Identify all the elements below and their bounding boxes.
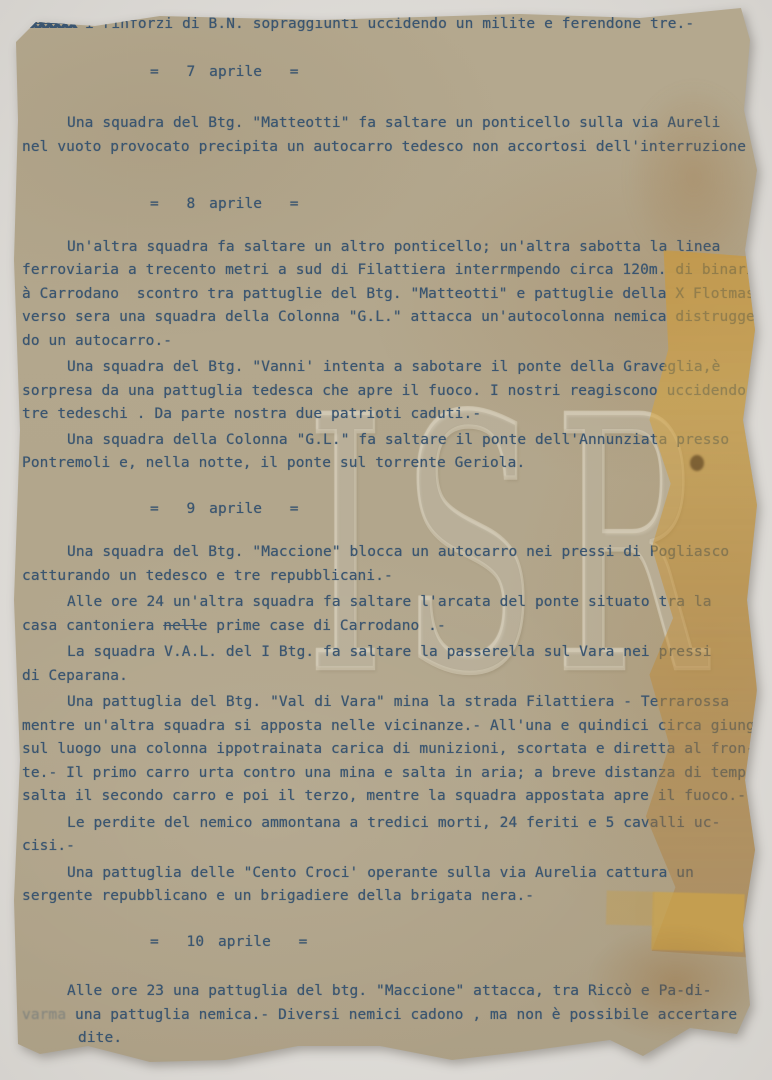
diary-line: Una pattuglia del Btg. "Val di Vara" min…: [22, 691, 768, 715]
diary-line: nel vuoto provocato precipita un autocar…: [22, 136, 768, 160]
faded-word: varma: [22, 1007, 75, 1023]
paragraph: Le perdite del nemico ammontana a tredic…: [22, 812, 768, 859]
diary-line: tre tedeschi . Da parte nostra due patri…: [22, 403, 768, 427]
diary-line: Alle ore 23 una pattuglia del btg. "Macc…: [22, 980, 768, 1004]
date-heading-7-aprile: = 7 aprile =: [150, 61, 768, 85]
date-heading-8-aprile: = 8 aprile =: [150, 193, 768, 217]
diary-line: Le perdite del nemico ammontana a tredic…: [22, 812, 768, 836]
diary-line: do un autocarro.-: [22, 330, 768, 354]
paragraph: Alle ore 23 una pattuglia del btg. "Macc…: [22, 980, 768, 1051]
diary-line: dite.: [22, 1027, 768, 1051]
scanned-document-screenshot: { "page": { "colors": { "background": "#…: [0, 0, 772, 1080]
paragraph: Una pattuglia del Btg. "Val di Vara" min…: [22, 691, 768, 809]
paragraph: Una squadra del Btg. "Maccione" blocca u…: [22, 541, 768, 588]
paragraph: Una squadra del Btg. "Vanni' intenta a s…: [22, 356, 768, 427]
line-segment: e prime case di Carrodano .-: [199, 618, 446, 634]
typewritten-text: xxxxxxx i rinforzi di B.N. sopraggiunti …: [0, 0, 772, 1051]
diary-line: verso sera una squadra della Colonna "G.…: [22, 306, 768, 330]
diary-line: Una squadra della Colonna "G.L." fa salt…: [22, 429, 768, 453]
diary-line-with-correction: casa cantoniera nelle prime case di Carr…: [22, 615, 768, 639]
opening-line-text: i rinforzi di B.N. sopraggiunti uccidend…: [76, 16, 694, 32]
diary-line: sul luogo una colonna ippotrainata caric…: [22, 738, 768, 762]
paper-sheet: ISR xxxxxxx i rinforzi di B.N. sopraggiu…: [0, 0, 772, 1080]
diary-line: salta il secondo carro e poi il terzo, m…: [22, 785, 768, 809]
date-heading-9-aprile: = 9 aprile =: [150, 498, 768, 522]
paragraph: Un'altra squadra fa saltare un altro pon…: [22, 236, 768, 354]
diary-line: sorpresa da una pattuglia tedesca che ap…: [22, 380, 768, 404]
paragraph: Una pattuglia delle "Cento Croci' operan…: [22, 862, 768, 909]
struck-out-word: xxxxxxx: [22, 16, 76, 32]
diary-line: te.- Il primo carro urta contro una mina…: [22, 762, 768, 786]
opening-line: xxxxxxx i rinforzi di B.N. sopraggiunti …: [22, 13, 768, 37]
diary-line: Un'altra squadra fa saltare un altro pon…: [22, 236, 768, 260]
diary-line: La squadra V.A.L. del I Btg. fa saltare …: [22, 641, 768, 665]
diary-line: Alle ore 24 un'altra squadra fa saltare …: [22, 591, 768, 615]
diary-line: Pontremoli e, nella notte, il ponte sul …: [22, 452, 768, 476]
diary-line: Una squadra del Btg. "Maccione" blocca u…: [22, 541, 768, 565]
diary-line: cisi.-: [22, 835, 768, 859]
date-heading-10-aprile: = 10 aprile =: [150, 931, 768, 955]
struck-out-word: nell: [163, 618, 198, 634]
line-segment: casa cantoniera: [22, 618, 163, 634]
paragraph: La squadra V.A.L. del I Btg. fa saltare …: [22, 641, 768, 688]
diary-line: Una pattuglia delle "Cento Croci' operan…: [22, 862, 768, 886]
line-segment: una pattuglia nemica.- Diversi nemici ca…: [75, 1007, 737, 1023]
paragraph: Alle ore 24 un'altra squadra fa saltare …: [22, 591, 768, 638]
diary-line: Una squadra del Btg. "Matteotti" fa salt…: [22, 112, 768, 136]
diary-line: Una squadra del Btg. "Vanni' intenta a s…: [22, 356, 768, 380]
paper-background: ISR xxxxxxx i rinforzi di B.N. sopraggiu…: [0, 0, 772, 1080]
diary-line: di Ceparana.: [22, 665, 768, 689]
diary-line: catturando un tedesco e tre repubblicani…: [22, 565, 768, 589]
diary-line: à Carrodano scontro tra pattuglie del Bt…: [22, 283, 768, 307]
paragraph: Una squadra della Colonna "G.L." fa salt…: [22, 429, 768, 476]
paragraph: Una squadra del Btg. "Matteotti" fa salt…: [22, 112, 768, 159]
diary-line: sergente repubblicano e un brigadiere de…: [22, 885, 768, 909]
diary-line: mentre un'altra squadra si apposta nelle…: [22, 715, 768, 739]
diary-line-partially-faded: varma una pattuglia nemica.- Diversi nem…: [22, 1004, 768, 1028]
diary-line: ferroviaria a trecento metri a sud di Fi…: [22, 259, 768, 283]
